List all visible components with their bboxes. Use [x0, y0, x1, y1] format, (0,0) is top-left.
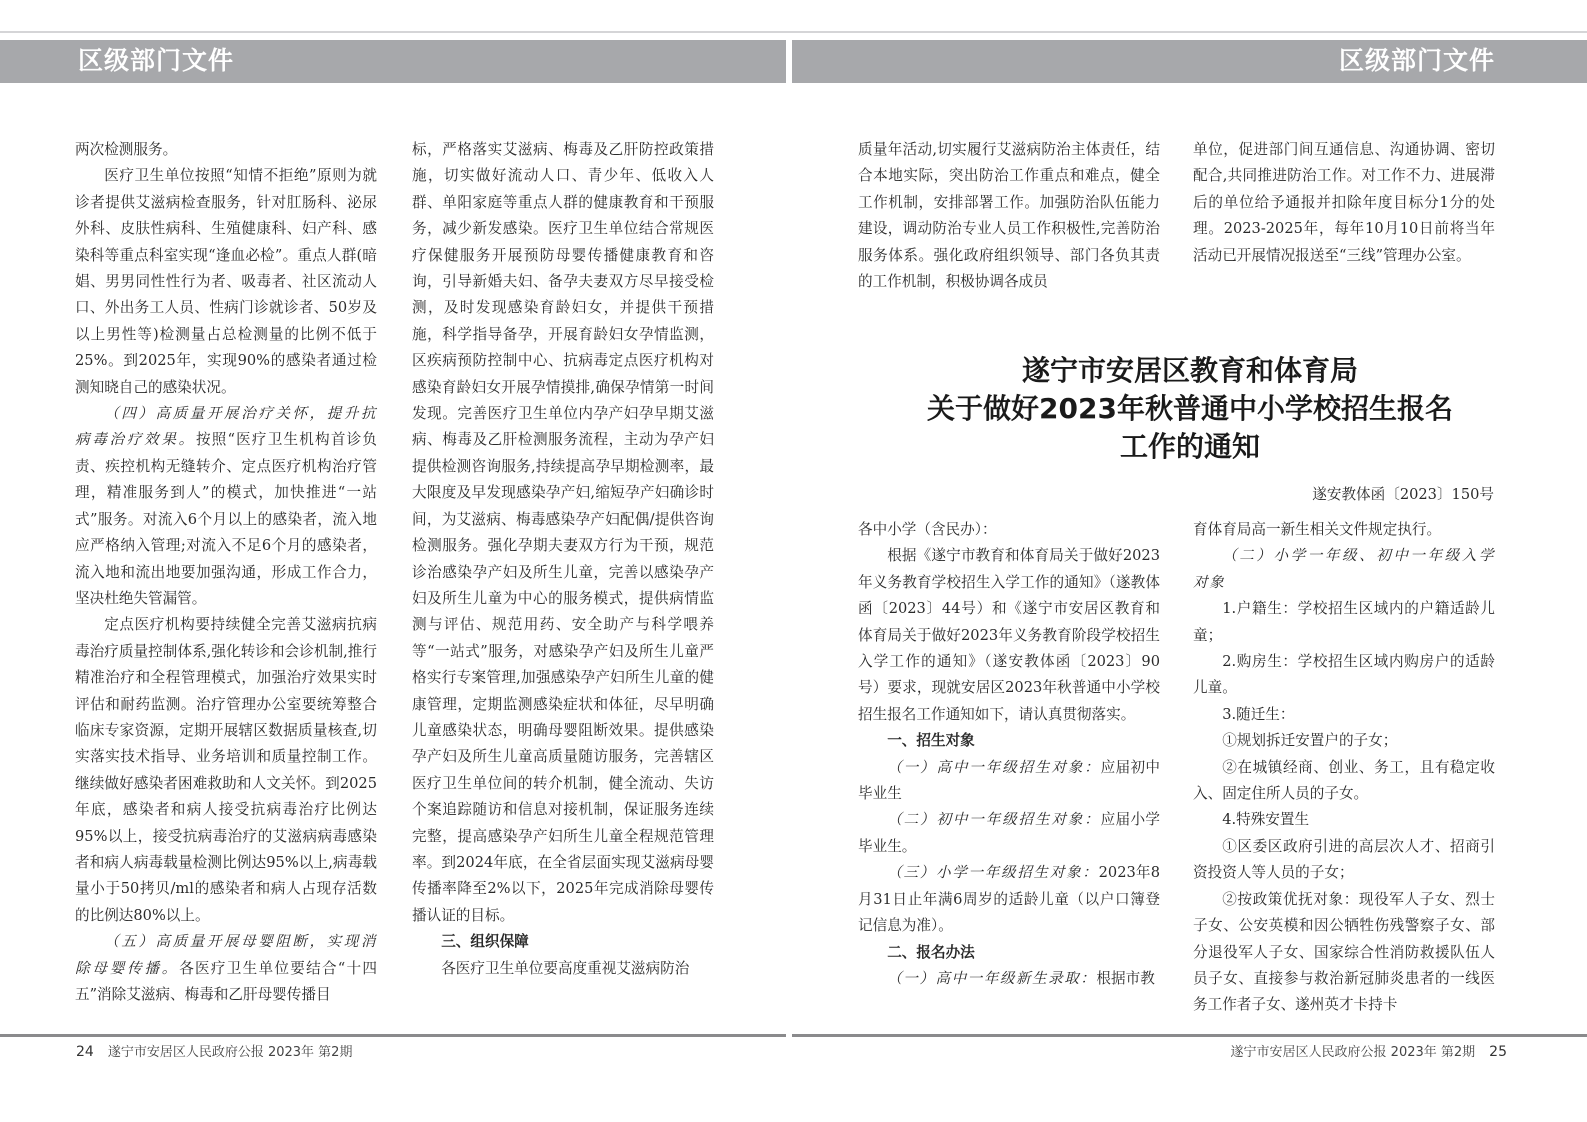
paragraph: （二）初中一年级招生对象：应届小学毕业生。 [858, 807, 1160, 860]
paragraph: ②在城镇经商、创业、务工，且有稳定收入、固定住所人员的子女。 [1193, 755, 1495, 808]
footer-rule-left [0, 1034, 786, 1037]
subsection-lead: （一）高中一年级招生对象： [887, 759, 1100, 776]
paragraph: （四）高质量开展治疗关怀，提升抗病毒治疗效果。按照“医疗卫生机构首诊负责、疾控机… [75, 401, 377, 612]
paragraph: 单位，促进部门间互通信息、沟通协调、密切配合,共同推进防治工作。对工作不力、进展… [1193, 137, 1495, 269]
paragraph: （五）高质量开展母婴阻断，实现消除母婴传播。各医疗卫生单位要结合“十四五”消除艾… [75, 929, 377, 1008]
left-page-column-1: 两次检测服务。医疗卫生单位按照“知情不拒绝”原则为就诊者提供艾滋病检查服务，针对… [75, 137, 377, 1008]
subsection-lead: （二）小学一年级、初中一年级入学对象 [1193, 547, 1495, 590]
paragraph: 质量年活动,切实履行艾滋病防治主体责任，结合本地实际，突出防治工作重点和难点，健… [858, 137, 1160, 295]
paragraph: ①规划拆迁安置户的子女； [1193, 728, 1495, 754]
publication-name-right: 遂宁市安居区人民政府公报 2023年 第2期 [1231, 1045, 1476, 1060]
paragraph: （三）小学一年级招生对象：2023年8月31日止年满6周岁的适龄儿童（以户口簿登… [858, 860, 1160, 939]
subsection-lead: （一）高中一年级新生录取： [887, 970, 1096, 987]
section-title-right: 区级部门文件 [1339, 44, 1495, 78]
paragraph: 医疗卫生单位按照“知情不拒绝”原则为就诊者提供艾滋病检查服务，针对肛肠科、泌尿外… [75, 163, 377, 401]
notice-body-column-2: 育体育局高一新生相关文件规定执行。（二）小学一年级、初中一年级入学对象1.户籍生… [1193, 517, 1495, 1019]
notice-body-column-1: 各中小学（含民办）：根据《遂宁市教育和体育局关于做好2023年义务教育学校招生入… [858, 517, 1160, 992]
paragraph: 育体育局高一新生相关文件规定执行。 [1193, 517, 1495, 543]
publication-name-left: 遂宁市安居区人民政府公报 2023年 第2期 [108, 1045, 353, 1060]
left-page-column-2: 标，严格落实艾滋病、梅毒及乙肝防控政策措施，切实做好流动人口、青少年、低收入人群… [412, 137, 714, 982]
section-heading: 二、报名办法 [858, 940, 1160, 966]
paragraph: ①区委区政府引进的高层次人才、招商引资投资人等人员的子女； [1193, 834, 1495, 887]
page-number-right: 25 [1489, 1044, 1507, 1060]
page-number-left: 24 [76, 1044, 94, 1060]
paragraph: 两次检测服务。 [75, 137, 377, 163]
paragraph: 1.户籍生：学校招生区域内的户籍适龄儿童； [1193, 596, 1495, 649]
subsection-lead: （四）高质量开展治疗关怀，提升抗病毒治疗效果。 [75, 405, 377, 448]
section-title-left: 区级部门文件 [78, 44, 234, 78]
right-page-column-1: 质量年活动,切实履行艾滋病防治主体责任，结合本地实际，突出防治工作重点和难点，健… [858, 137, 1160, 295]
paragraph: 各中小学（含民办）： [858, 517, 1160, 543]
subsection-lead: （三）小学一年级招生对象： [887, 864, 1098, 881]
notice-title-line-2: 关于做好2023年秋普通中小学校招生报名 [860, 390, 1520, 428]
subsection-lead: （五）高质量开展母婴阻断，实现消除母婴传播。 [75, 933, 377, 976]
paragraph: 3.随迁生： [1193, 702, 1495, 728]
paragraph: 定点医疗机构要持续健全完善艾滋病抗病毒治疗质量控制体系,强化转诊和会诊机制,推行… [75, 612, 377, 929]
footer-rule-right [792, 1034, 1587, 1037]
document-number: 遂安教体函〔2023〕150号 [1312, 483, 1494, 504]
footer-left: 24遂宁市安居区人民政府公报 2023年 第2期 [76, 1041, 352, 1060]
paragraph: 根据《遂宁市教育和体育局关于做好2023年义务教育学校招生入学工作的通知》（遂教… [858, 543, 1160, 728]
top-rule [0, 31, 1587, 33]
paragraph: 标，严格落实艾滋病、梅毒及乙肝防控政策措施，切实做好流动人口、青少年、低收入人群… [412, 137, 714, 929]
section-heading: 一、招生对象 [858, 728, 1160, 754]
section-heading: 三、组织保障 [412, 929, 714, 955]
footer-right: 遂宁市安居区人民政府公报 2023年 第2期25 [1231, 1041, 1507, 1060]
paragraph: 4.特殊安置生 [1193, 807, 1495, 833]
paragraph: 各医疗卫生单位要高度重视艾滋病防治 [412, 956, 714, 982]
right-page-column-2: 单位，促进部门间互通信息、沟通协调、密切配合,共同推进防治工作。对工作不力、进展… [1193, 137, 1495, 269]
paragraph: （二）小学一年级、初中一年级入学对象 [1193, 543, 1495, 596]
notice-title: 遂宁市安居区教育和体育局 关于做好2023年秋普通中小学校招生报名 工作的通知 [860, 352, 1520, 466]
paragraph: ②按政策优抚对象：现役军人子女、烈士子女、公安英模和因公牺牲伤残警察子女、部分退… [1193, 887, 1495, 1019]
paragraph: 2.购房生：学校招生区域内购房户的适龄儿童。 [1193, 649, 1495, 702]
paragraph: （一）高中一年级新生录取：根据市教 [858, 966, 1160, 992]
notice-title-line-1: 遂宁市安居区教育和体育局 [860, 352, 1520, 390]
subsection-lead: （二）初中一年级招生对象： [887, 811, 1100, 828]
paragraph: （一）高中一年级招生对象：应届初中毕业生 [858, 755, 1160, 808]
notice-title-line-3: 工作的通知 [860, 428, 1520, 466]
